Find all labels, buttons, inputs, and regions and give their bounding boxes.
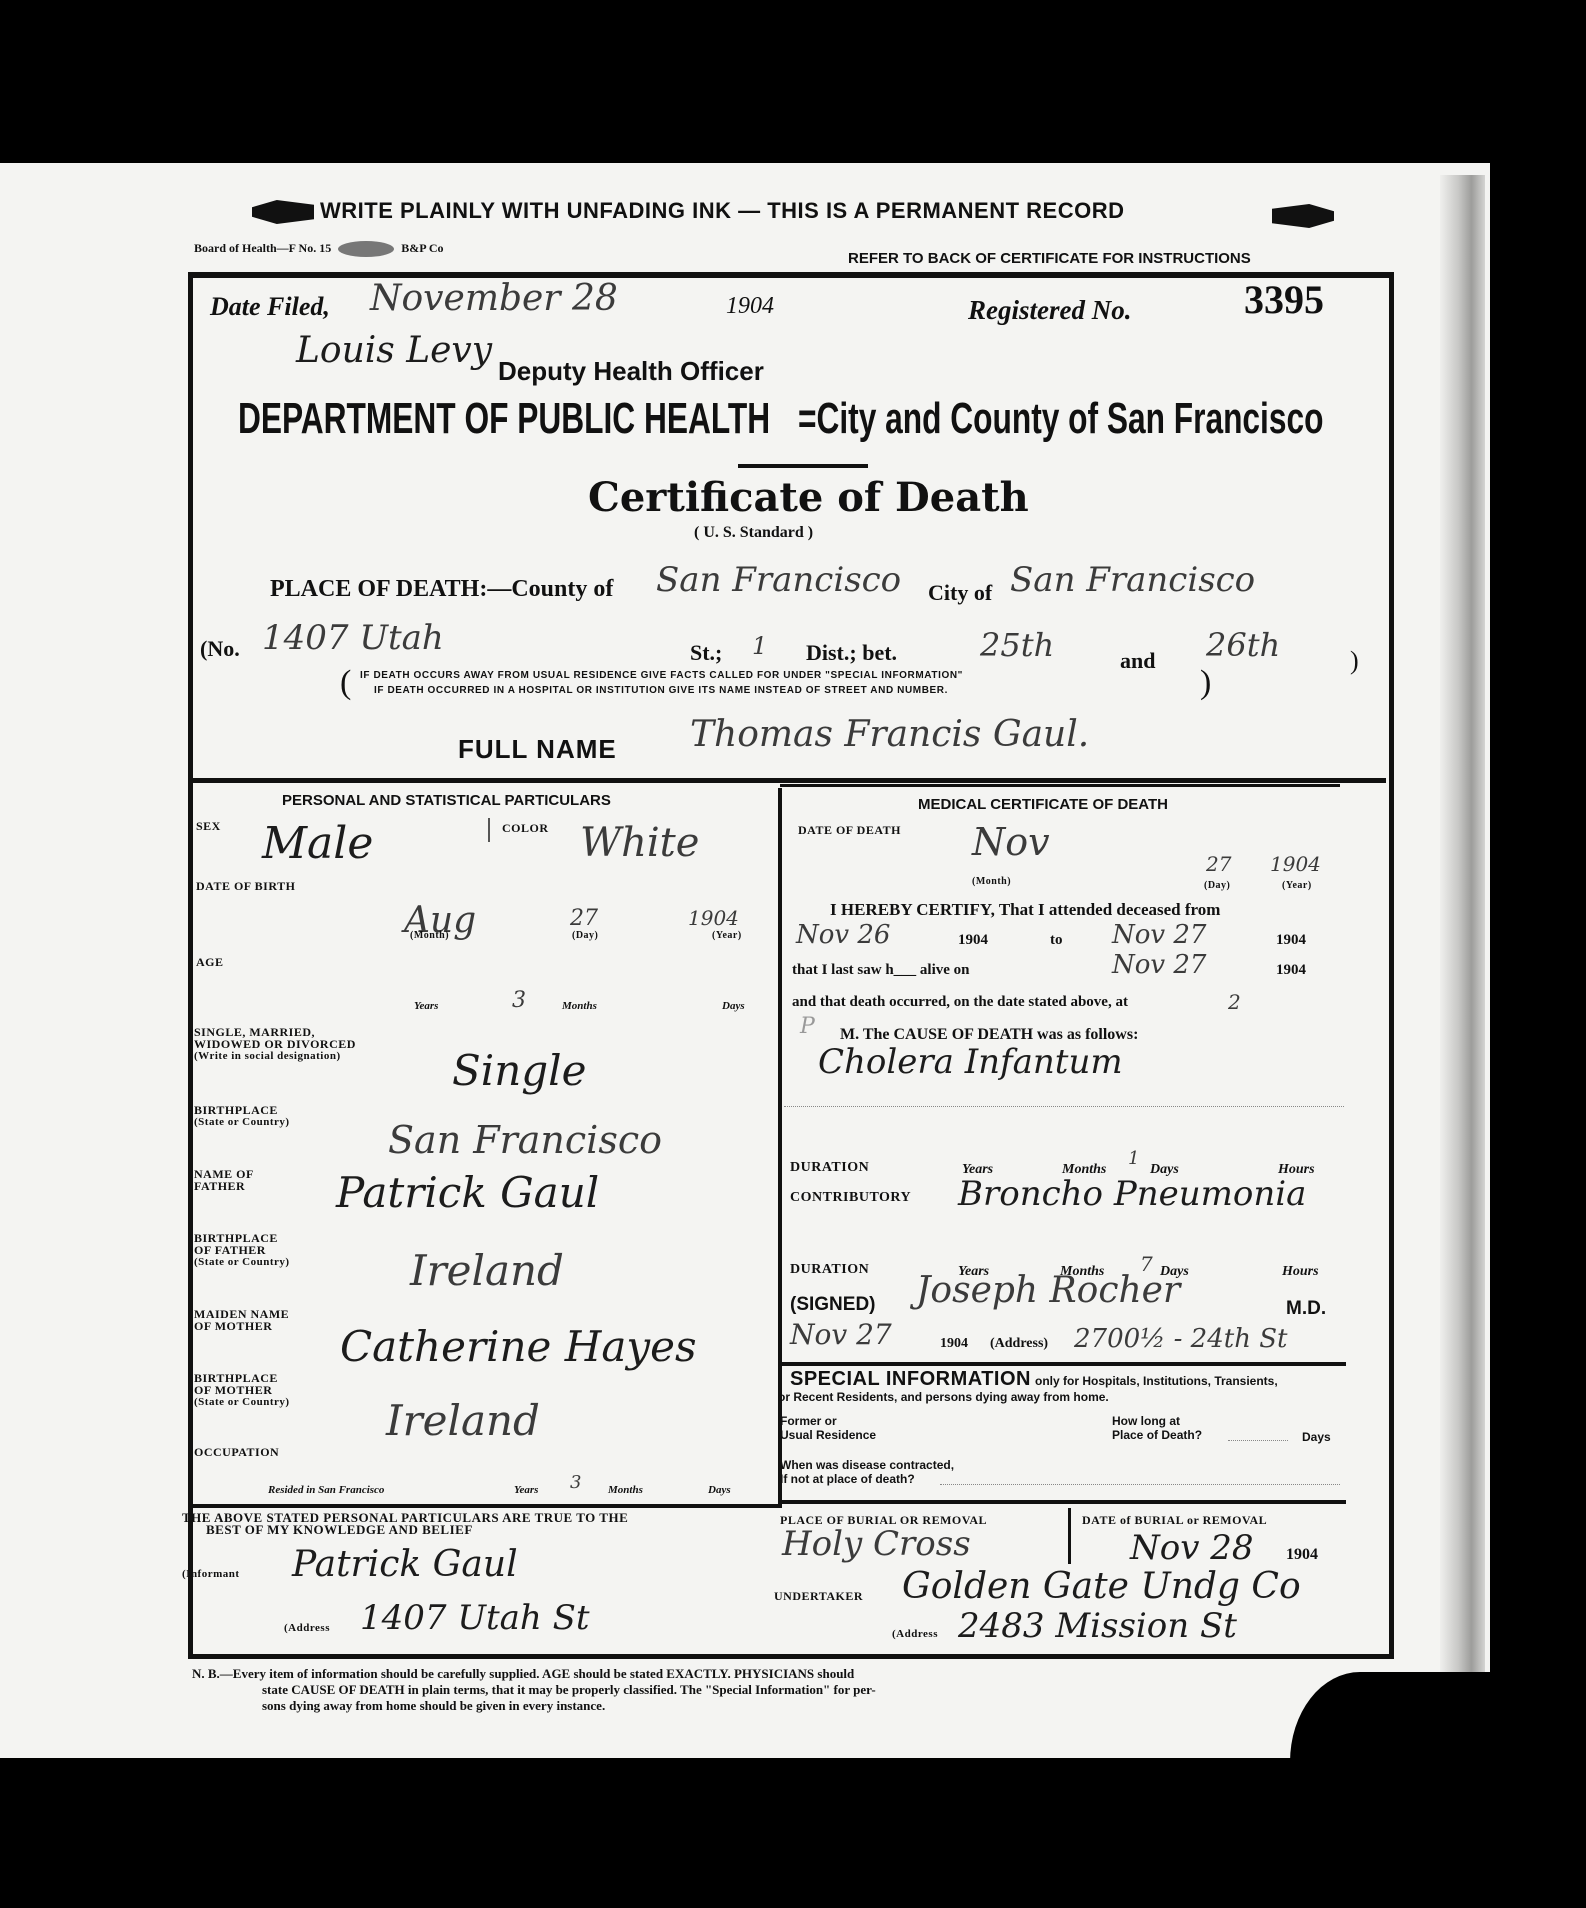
contracted-line-1: When was disease contracted,	[780, 1458, 954, 1472]
how-long-days-label: Days	[1302, 1430, 1331, 1444]
open-paren-large: (	[340, 664, 351, 702]
age-label: AGE	[196, 956, 224, 968]
age-months-value: 3	[512, 988, 526, 1013]
city-value: San Francisco	[1010, 560, 1255, 600]
dod-year: 1904	[1270, 852, 1321, 876]
department-name: DEPARTMENT OF PUBLIC HEALTH	[238, 394, 641, 444]
color-value: White	[580, 820, 699, 866]
form-id-text: Board of Health—F No. 15	[194, 241, 331, 255]
father-bp-label-line-3: (State or Country)	[194, 1256, 290, 1268]
city-label: City of	[928, 580, 992, 606]
medical-section-title: MEDICAL CERTIFICATE OF DEATH	[918, 796, 1168, 813]
last-saw-year: 1904	[1276, 962, 1306, 979]
md-label: M.D.	[1286, 1298, 1326, 1320]
nota-bene-line-1: N. B.—Every item of information should b…	[192, 1666, 876, 1682]
resided-years-caption: Years	[514, 1484, 538, 1496]
marital-label-line-2: WIDOWED OR DIVORCED	[194, 1038, 356, 1050]
father-name-value: Patrick Gaul	[336, 1168, 599, 1217]
special-info-subtitle-1: only for Hospitals, Institutions, Transi…	[1035, 1374, 1278, 1388]
dod-label: DATE OF DEATH	[798, 824, 901, 836]
birthplace-label-line-1: BIRTHPLACE	[194, 1104, 290, 1116]
cause-blank-line	[784, 1106, 1344, 1107]
last-saw-date: Nov 27	[1112, 950, 1206, 980]
resided-label: Resided in San Francisco	[268, 1484, 384, 1496]
how-long-label: How long at Place of Death?	[1112, 1414, 1202, 1442]
how-long-line-1: How long at	[1112, 1414, 1202, 1428]
undertaker-address: 2483 Mission St	[958, 1606, 1237, 1646]
section-divider	[190, 778, 1386, 783]
officer-title: Deputy Health Officer	[498, 356, 764, 387]
informant-statement: THE ABOVE STATED PERSONAL PARTICULARS AR…	[182, 1512, 628, 1536]
former-residence-line-1: Former or	[780, 1414, 876, 1428]
scan-shadow	[1290, 1672, 1586, 1908]
marital-label-line-3: (Write in social designation)	[194, 1050, 356, 1062]
full-name-label: FULL NAME	[458, 734, 617, 765]
signed-date: Nov 27	[790, 1318, 892, 1351]
county-value: San Francisco	[656, 560, 901, 600]
ward-value: 1	[752, 632, 767, 660]
and-label: and	[1120, 648, 1155, 674]
sex-value: Male	[262, 818, 373, 869]
birthplace-label: BIRTHPLACE (State or Country)	[194, 1104, 290, 1128]
dod-year-caption: (Year)	[1282, 880, 1312, 892]
last-saw-text: that I last saw h___ alive on	[792, 962, 970, 979]
age-years-caption: Years	[414, 1000, 438, 1012]
father-birthplace-value: Ireland	[410, 1246, 564, 1295]
death-meridiem: P	[800, 1014, 815, 1039]
nota-bene-line-3: sons dying away from home should be give…	[192, 1698, 876, 1714]
former-residence-line-2: Usual Residence	[780, 1428, 876, 1442]
mother-birthplace-label: BIRTHPLACE OF MOTHER (State or Country)	[194, 1372, 290, 1408]
to-label: to	[1050, 932, 1063, 949]
between-street-1: 25th	[980, 626, 1054, 664]
attended-from-year: 1904	[958, 932, 988, 949]
dod-month: Nov	[972, 820, 1050, 864]
sex-color-divider	[488, 818, 490, 842]
age-months-caption: Months	[562, 1000, 597, 1012]
signed-year: 1904	[940, 1336, 968, 1352]
closing-paren: )	[1350, 646, 1359, 676]
dob-day: 27	[570, 906, 598, 931]
special-info-title: SPECIAL INFORMATION	[790, 1368, 1031, 1390]
mother-name-value: Catherine Hayes	[340, 1322, 697, 1371]
between-street-2: 26th	[1206, 626, 1280, 664]
marital-value: Single	[452, 1046, 586, 1095]
burial-year: 1904	[1286, 1546, 1318, 1564]
informant-divider	[190, 1504, 782, 1508]
place-note-line-2: IF DEATH OCCURRED IN A HOSPITAL OR INSTI…	[374, 685, 948, 696]
mother-bp-label-line-3: (State or Country)	[194, 1396, 290, 1408]
date-filed-year: 1904	[726, 293, 774, 320]
death-hour: 2	[1228, 990, 1241, 1014]
street-no-label: (No.	[200, 636, 240, 662]
undertaker-address-label: (Address	[892, 1628, 938, 1640]
physician-signature: Joseph Rocher	[916, 1270, 1180, 1311]
special-info-subtitle-2: or Recent Residents, and persons dying a…	[778, 1390, 1109, 1404]
printer-name: B&P Co	[401, 241, 443, 255]
dod-day-caption: (Day)	[1204, 880, 1230, 892]
dist-label: Dist.; bet.	[806, 640, 897, 666]
occupation-label: OCCUPATION	[194, 1446, 279, 1458]
resided-days-caption: Days	[708, 1484, 731, 1496]
contracted-blank	[940, 1484, 1340, 1485]
informant-address-label: (Address	[284, 1622, 330, 1634]
informant-label: (Informant	[182, 1568, 240, 1580]
printer-seal-icon	[338, 241, 394, 257]
father-bp-label-line-2: OF FATHER	[194, 1244, 290, 1256]
registered-number: 3395	[1244, 276, 1324, 323]
informant-name: Patrick Gaul	[292, 1544, 518, 1585]
dob-label: DATE OF BIRTH	[196, 880, 295, 892]
resided-months-caption: Months	[608, 1484, 643, 1496]
how-long-line-2: Place of Death?	[1112, 1428, 1202, 1442]
dod-month-caption: (Month)	[972, 876, 1011, 888]
registered-label: Registered No.	[968, 295, 1131, 326]
title-divider	[738, 464, 868, 468]
burial-top-border	[782, 1500, 1346, 1504]
age-days-caption: Days	[722, 1000, 745, 1012]
certificate-title: Certificate of Death	[588, 474, 1029, 521]
physician-address: 2700½ - 24th St	[1074, 1324, 1287, 1354]
jurisdiction: =City and County of San Francisco	[798, 394, 1323, 444]
resided-months-value: 3	[570, 1472, 581, 1493]
undertaker-label: UNDERTAKER	[774, 1590, 863, 1602]
st-label: St.;	[690, 640, 722, 666]
how-long-blank	[1228, 1440, 1288, 1441]
signed-label: (SIGNED)	[790, 1294, 876, 1316]
street-address: 1407 Utah	[262, 618, 444, 658]
marital-label: SINGLE, MARRIED, WIDOWED OR DIVORCED (Wr…	[194, 1026, 356, 1062]
date-filed-value: November 28	[370, 278, 618, 319]
header-banner: WRITE PLAINLY WITH UNFADING INK — THIS I…	[320, 198, 1125, 224]
attended-from: Nov 26	[796, 920, 890, 950]
officer-signature: Louis Levy	[296, 330, 492, 371]
close-paren-large: )	[1200, 664, 1211, 702]
nota-bene-line-2: state CAUSE OF DEATH in plain terms, tha…	[192, 1682, 876, 1698]
contracted-line-2: If not at place of death?	[780, 1472, 954, 1486]
place-note-line-1: IF DEATH OCCURS AWAY FROM USUAL RESIDENC…	[360, 670, 963, 681]
place-of-death-label: PLACE OF DEATH:—County of	[270, 576, 613, 603]
dob-year-caption: (Year)	[712, 930, 742, 942]
contracted-label: When was disease contracted, If not at p…	[780, 1458, 954, 1486]
burial-date-label: DATE of BURIAL or REMOVAL	[1082, 1514, 1267, 1526]
dob-day-caption: (Day)	[572, 930, 598, 942]
mother-birthplace-value: Ireland	[386, 1396, 540, 1445]
medical-top-border	[780, 784, 1340, 787]
father-birthplace-label: BIRTHPLACE OF FATHER (State or Country)	[194, 1232, 290, 1268]
burial-place: Holy Cross	[782, 1524, 971, 1564]
dob-month-caption: (Month)	[410, 930, 449, 942]
duration-1-label: DURATION	[790, 1162, 869, 1174]
personal-section-title: PERSONAL AND STATISTICAL PARTICULARS	[282, 792, 611, 809]
form-id: Board of Health—F No. 15 B&P Co	[194, 241, 444, 257]
us-standard: ( U. S. Standard )	[694, 524, 813, 542]
certify-text: I HEREBY CERTIFY, That I attended deceas…	[830, 900, 1220, 920]
informant-statement-line-2: BEST OF MY KNOWLEDGE AND BELIEF	[182, 1524, 628, 1536]
attended-to: Nov 27	[1112, 920, 1206, 950]
full-name-value: Thomas Francis Gaul.	[690, 714, 1089, 755]
dob-year: 1904	[688, 906, 739, 930]
duration-2-label: DURATION	[790, 1264, 869, 1276]
mother-label-line-2: OF MOTHER	[194, 1320, 289, 1332]
dod-day: 27	[1206, 852, 1231, 876]
attended-to-year: 1904	[1276, 932, 1306, 949]
birthplace-label-line-2: (State or Country)	[194, 1116, 290, 1128]
mother-name-label: MAIDEN NAME OF MOTHER	[194, 1308, 289, 1332]
burial-date: Nov 28	[1130, 1528, 1254, 1568]
special-info-heading: SPECIAL INFORMATION only for Hospitals, …	[790, 1368, 1278, 1391]
birthplace-value: San Francisco	[388, 1118, 662, 1162]
father-name-label: NAME OF FATHER	[194, 1168, 254, 1192]
duration-2-hours: Hours	[1282, 1264, 1319, 1280]
informant-address: 1407 Utah St	[360, 1598, 590, 1638]
date-filed-label: Date Filed,	[210, 292, 330, 322]
instructions-reference: REFER TO BACK OF CERTIFICATE FOR INSTRUC…	[848, 250, 1251, 267]
physician-address-label: (Address)	[990, 1336, 1048, 1352]
nota-bene: N. B.—Every item of information should b…	[192, 1666, 876, 1714]
contributory-cause: Broncho Pneumonia	[958, 1174, 1306, 1214]
special-info-top-border	[782, 1362, 1346, 1366]
father-label-line-2: FATHER	[194, 1180, 254, 1192]
undertaker-name: Golden Gate Undg Co	[902, 1566, 1301, 1607]
department-heading: DEPARTMENT OF PUBLIC HEALTH=City and Cou…	[238, 394, 1528, 444]
occurred-text: and that death occurred, on the date sta…	[792, 994, 1128, 1011]
burial-column-divider	[1068, 1508, 1071, 1564]
cause-of-death: Cholera Infantum	[818, 1042, 1123, 1082]
former-residence-label: Former or Usual Residence	[780, 1414, 876, 1442]
duration-1-days-value: 1	[1128, 1148, 1139, 1169]
color-label: COLOR	[502, 822, 549, 834]
contributory-label: CONTRIBUTORY	[790, 1192, 911, 1204]
sex-label: SEX	[196, 820, 221, 832]
mother-bp-label-line-2: OF MOTHER	[194, 1384, 290, 1396]
